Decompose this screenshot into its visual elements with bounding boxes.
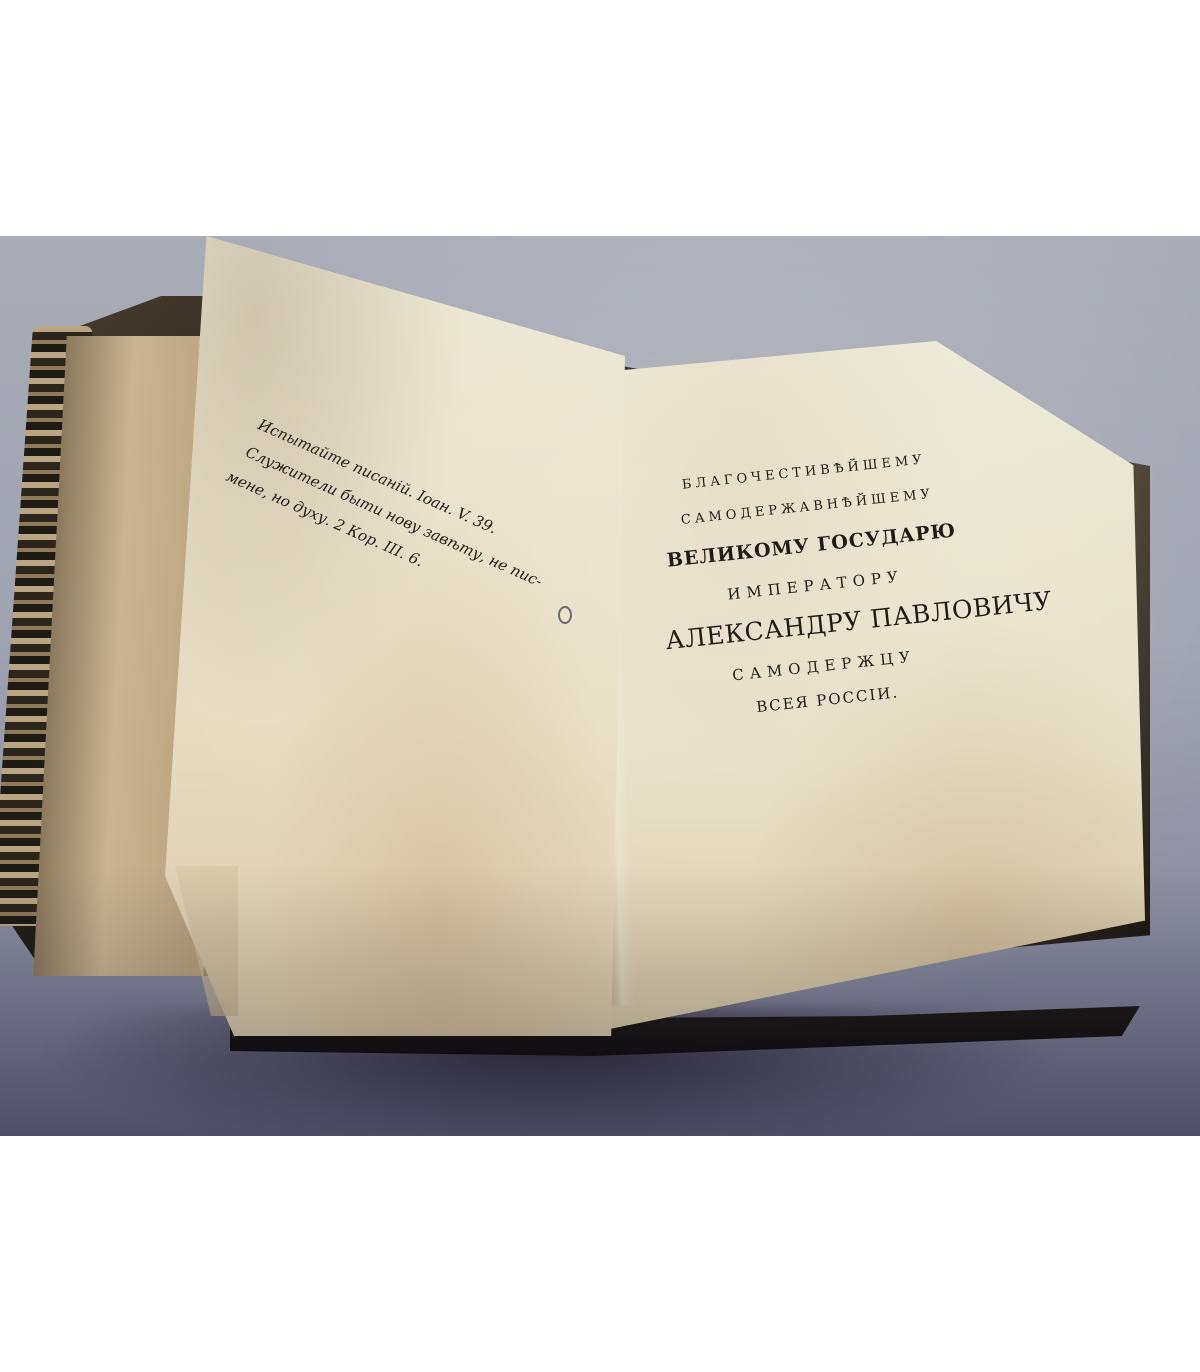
dedication-text: БЛАГОЧЕСТИВѢЙШЕМУ САМОДЕРЖАВНѢЙШЕМУ ВЕЛИ… — [649, 449, 983, 725]
binding-wire — [558, 606, 572, 624]
book-photo — [0, 236, 1200, 1136]
